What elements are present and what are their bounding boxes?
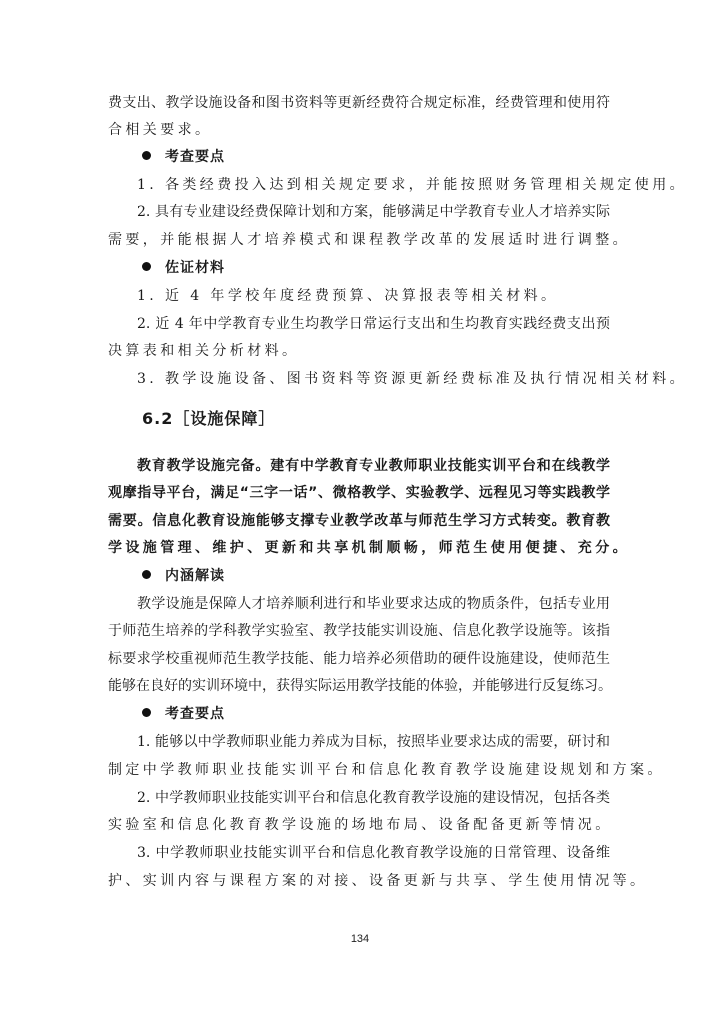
list-item: 2. 中学教师职业技能实训平台和信息化教育教学设施的建设情况，包括各类 bbox=[137, 789, 610, 807]
bullet-icon bbox=[142, 262, 151, 271]
bullet-title: 考查要点 bbox=[165, 149, 225, 165]
document-page: 费支出、教学设施设备和图书资料等更新经费符合规定标准，经费管理和使用符 合相关要… bbox=[0, 0, 720, 1018]
paragraph-line: 合相关要求。 bbox=[108, 121, 610, 139]
bullet-title: 佐证材料 bbox=[165, 260, 225, 276]
list-item: 2. 具有专业建设经费保障计划和方案，能够满足中学教育专业人才培养实际 bbox=[137, 203, 610, 221]
section-bullet-evidence: 佐证材料 bbox=[142, 259, 225, 277]
list-item: 1. 各类经费投入达到相关规定要求，并能按照财务管理相关规定使用。 bbox=[137, 176, 610, 194]
standard-line: 教育教学设施完备。建有中学教育专业教师职业技能实训平台和在线教学 bbox=[137, 457, 610, 475]
standard-line: 学设施管理、维护、更新和共享机制顺畅，师范生使用便捷、充分。 bbox=[108, 539, 610, 557]
paragraph-line: 能够在良好的实训环境中，获得实际运用教学技能的体验，并能够进行反复练习。 bbox=[108, 677, 610, 695]
list-item: 2. 近 4 年中学教育专业生均教学日常运行支出和生均教育实践经费支出预 bbox=[137, 315, 610, 333]
paragraph-line: 费支出、教学设施设备和图书资料等更新经费符合规定标准，经费管理和使用符 bbox=[108, 94, 610, 112]
page-number: 134 bbox=[0, 933, 720, 945]
paragraph-line: 于师范生培养的学科教学实验室、教学技能实训设施、信息化教学设施等。该指 bbox=[108, 622, 610, 640]
list-item: 1. 能够以中学教师职业能力养成为目标，按照毕业要求达成的需要，研讨和 bbox=[137, 733, 610, 751]
bullet-icon bbox=[142, 151, 151, 160]
section-bullet-check-points-2: 考查要点 bbox=[142, 705, 225, 723]
list-item-continuation: 制定中学教师职业技能实训平台和信息化教育教学设施建设规划和方案。 bbox=[108, 761, 610, 779]
list-item-continuation: 护、实训内容与课程方案的对接、设备更新与共享、学生使用情况等。 bbox=[108, 872, 610, 890]
list-item: 1. 近 4 年学校年度经费预算、决算报表等相关材料。 bbox=[137, 287, 610, 305]
bullet-icon bbox=[142, 708, 151, 717]
section-bullet-check-points: 考查要点 bbox=[142, 148, 225, 166]
bullet-title: 考查要点 bbox=[165, 706, 225, 722]
list-item: 3. 中学教师职业技能实训平台和信息化教育教学设施的日常管理、设备维 bbox=[137, 844, 610, 862]
list-item-continuation: 实验室和信息化教育教学设施的场地布局、设备配备更新等情况。 bbox=[108, 816, 610, 834]
bullet-icon bbox=[142, 570, 151, 579]
paragraph-line: 标要求学校重视师范生教学技能、能力培养必须借助的硬件设施建设，使师范生 bbox=[108, 650, 610, 668]
section-bullet-interpretation: 内涵解读 bbox=[142, 567, 225, 585]
section-heading: 6.2［设施保障］ bbox=[142, 409, 275, 429]
list-item-continuation: 决算表和相关分析材料。 bbox=[108, 342, 610, 360]
standard-line: 需要。信息化教育设施能够支撑专业教学改革与师范生学习方式转变。教育教 bbox=[108, 512, 610, 530]
paragraph-line: 教学设施是保障人才培养顺利进行和毕业要求达成的物质条件，包括专业用 bbox=[137, 595, 610, 613]
standard-line: 观摩指导平台，满足“三字一话”、微格教学、实验教学、远程见习等实践教学 bbox=[108, 484, 610, 502]
list-item-continuation: 需要，并能根据人才培养模式和课程教学改革的发展适时进行调整。 bbox=[108, 231, 610, 249]
list-item: 3. 教学设施设备、图书资料等资源更新经费标准及执行情况相关材料。 bbox=[137, 370, 610, 388]
bullet-title: 内涵解读 bbox=[165, 568, 225, 584]
